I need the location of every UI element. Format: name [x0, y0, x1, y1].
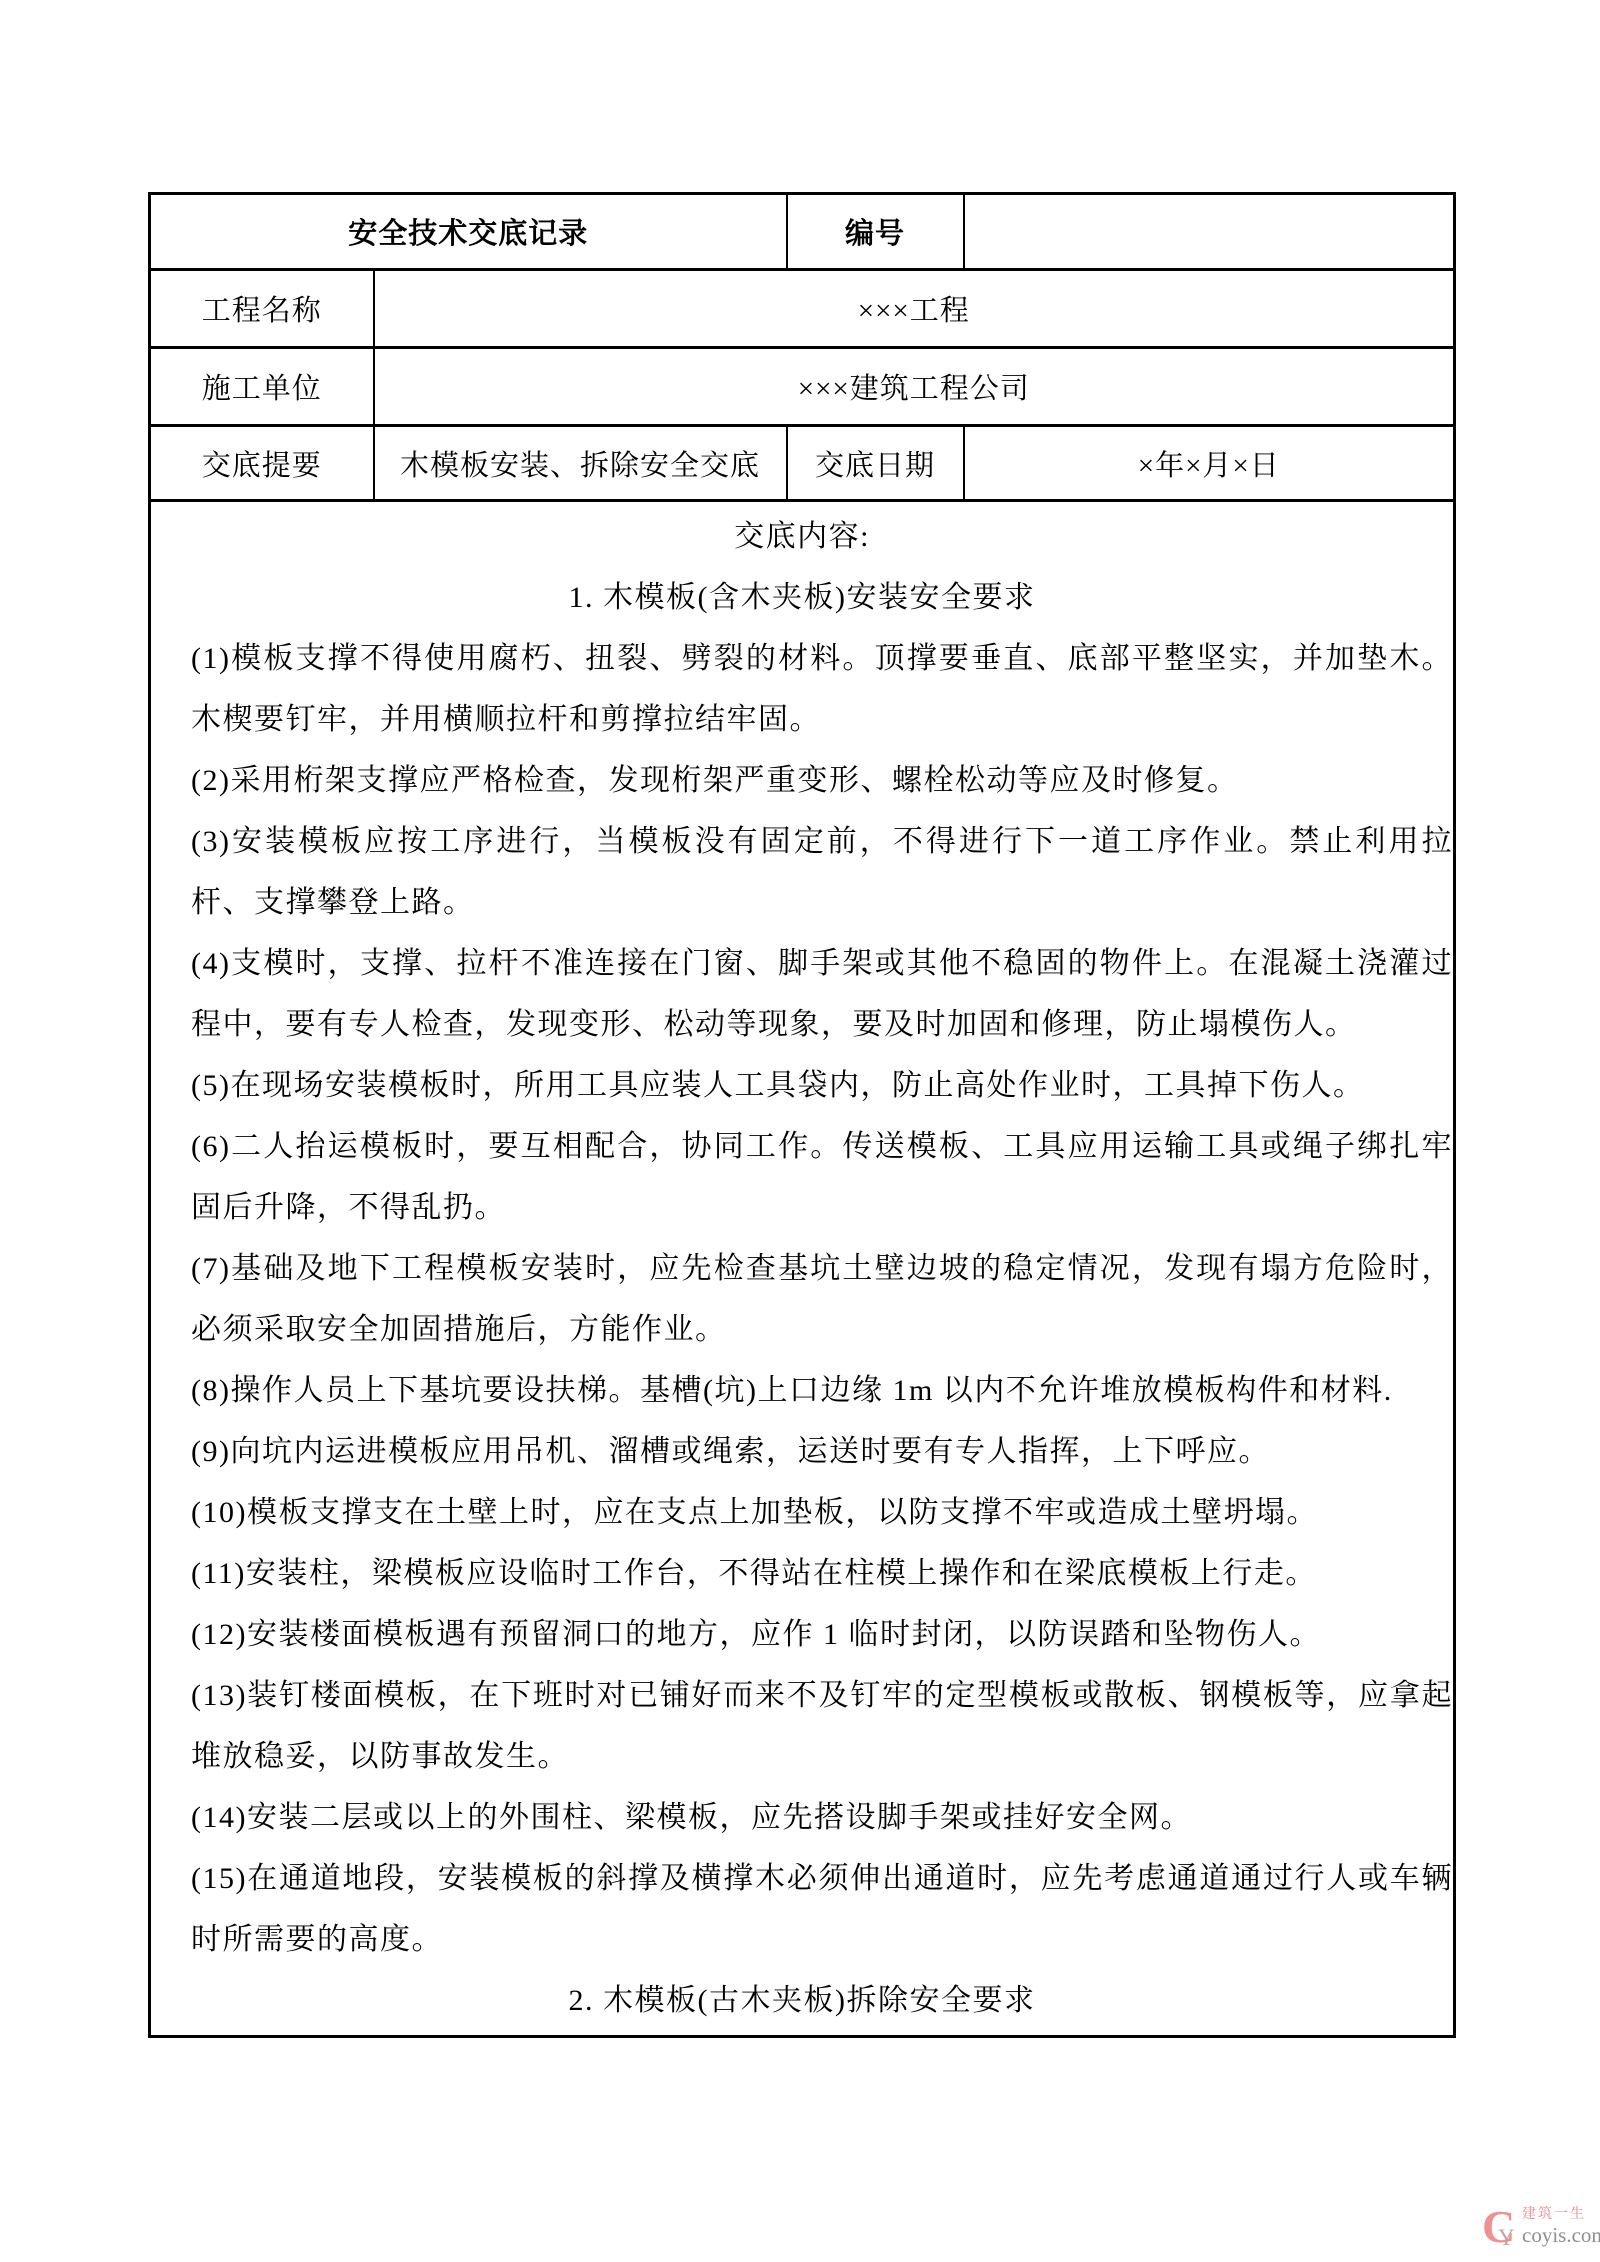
disclosure-date-value: ×年×月×日: [964, 426, 1455, 501]
summary-value: 木模板安装、拆除安全交底: [374, 426, 787, 501]
project-name-label: 工程名称: [150, 270, 374, 348]
content-item: (5)在现场安装模板时，所用工具应装人工具袋内，防止高处作业时，工具掉下伤人。: [191, 1055, 1453, 1116]
content-item: (1)模板支撑不得使用腐朽、扭裂、劈裂的材料。顶撑要垂直、底部平整坚实，并加垫木…: [191, 628, 1453, 750]
content-item: (12)安装楼面模板遇有预留洞口的地方，应作 1 临时封闭，以防误踏和坠物伤人。: [191, 1604, 1453, 1665]
site-watermark: C Y 建筑一生 coyis.com: [1482, 2210, 1592, 2252]
content-item: (6)二人抬运模板时，要互相配合，协同工作。传送模板、工具应用运输工具或绳子绑扎…: [191, 1116, 1453, 1238]
watermark-domain: coyis.com: [1522, 2223, 1600, 2247]
table-row-project: 工程名称 ×××工程: [150, 270, 1455, 348]
content-item: (13)装钉楼面模板，在下班时对已铺好而来不及钉牢的定型模板或散板、钢模板等，应…: [191, 1665, 1453, 1787]
summary-label: 交底提要: [150, 426, 374, 501]
disclosure-record-table: 安全技术交底记录 编号 工程名称 ×××工程 施工单位 ×××建筑工程公司 交底…: [148, 192, 1456, 2038]
construction-unit-label: 施工单位: [150, 348, 374, 426]
content-item: (8)操作人员上下基坑要设扶梯。基槽(坑)上口边缘 1m 以内不允许堆放模板构件…: [191, 1360, 1453, 1421]
section-heading: 2. 木模板(古木夹板)拆除安全要求: [151, 1970, 1453, 2031]
table-row-summary: 交底提要 木模板安装、拆除安全交底 交底日期 ×年×月×日: [150, 426, 1455, 501]
table-row-title: 安全技术交底记录 编号: [150, 194, 1455, 270]
disclosure-date-label: 交底日期: [787, 426, 964, 501]
watermark-logo-y-icon: Y: [1498, 2226, 1515, 2249]
content-item: (4)支模时，支撑、拉杆不准连接在门窗、脚手架或其他不稳固的物件上。在混凝土浇灌…: [191, 933, 1453, 1055]
content-item: (11)安装柱，梁模板应设临时工作台，不得站在柱模上操作和在梁底模板上行走。: [191, 1543, 1453, 1604]
table-row-builder: 施工单位 ×××建筑工程公司: [150, 348, 1455, 426]
content-body: 交底内容: 1. 木模板(含木夹板)安装安全要求(1)模板支撑不得使用腐朽、扭裂…: [151, 506, 1453, 2031]
watermark-text: 建筑一生 coyis.com: [1522, 2207, 1600, 2247]
document-page: 安全技术交底记录 编号 工程名称 ×××工程 施工单位 ×××建筑工程公司 交底…: [0, 0, 1600, 2262]
content-item: (10)模板支撑支在土壁上时，应在支点上加垫板，以防支撑不牢或造成土壁坍塌。: [191, 1482, 1453, 1543]
content-item: (3)安装模板应按工序进行，当模板没有固定前，不得进行下一道工序作业。禁止利用拉…: [191, 811, 1453, 933]
content-intro: 交底内容:: [151, 506, 1453, 567]
number-label: 编号: [787, 194, 964, 270]
table-row-content: 交底内容: 1. 木模板(含木夹板)安装安全要求(1)模板支撑不得使用腐朽、扭裂…: [150, 501, 1455, 2037]
content-item: (7)基础及地下工程模板安装时，应先检查基坑土壁边坡的稳定情况，发现有塌方危险时…: [191, 1238, 1453, 1360]
document-title: 安全技术交底记录: [150, 194, 787, 270]
content-cell: 交底内容: 1. 木模板(含木夹板)安装安全要求(1)模板支撑不得使用腐朽、扭裂…: [150, 501, 1455, 2037]
content-item: (2)采用桁架支撑应严格检查，发现桁架严重变形、螺栓松动等应及时修复。: [191, 750, 1453, 811]
number-value-cell: [964, 194, 1455, 270]
content-item: (14)安装二层或以上的外围柱、梁模板，应先搭设脚手架或挂好安全网。: [191, 1787, 1453, 1848]
content-item: (15)在通道地段，安装模板的斜撑及横撑木必须伸出通道时，应先考虑通道通过行人或…: [191, 1848, 1453, 1970]
project-name-value: ×××工程: [374, 270, 1455, 348]
construction-unit-value: ×××建筑工程公司: [374, 348, 1455, 426]
watermark-brand: 建筑一生: [1522, 2207, 1600, 2223]
content-item: (9)向坑内运进模板应用吊机、溜槽或绳索，运送时要有专人指挥，上下呼应。: [191, 1421, 1453, 1482]
section-heading: 1. 木模板(含木夹板)安装安全要求: [151, 567, 1453, 628]
